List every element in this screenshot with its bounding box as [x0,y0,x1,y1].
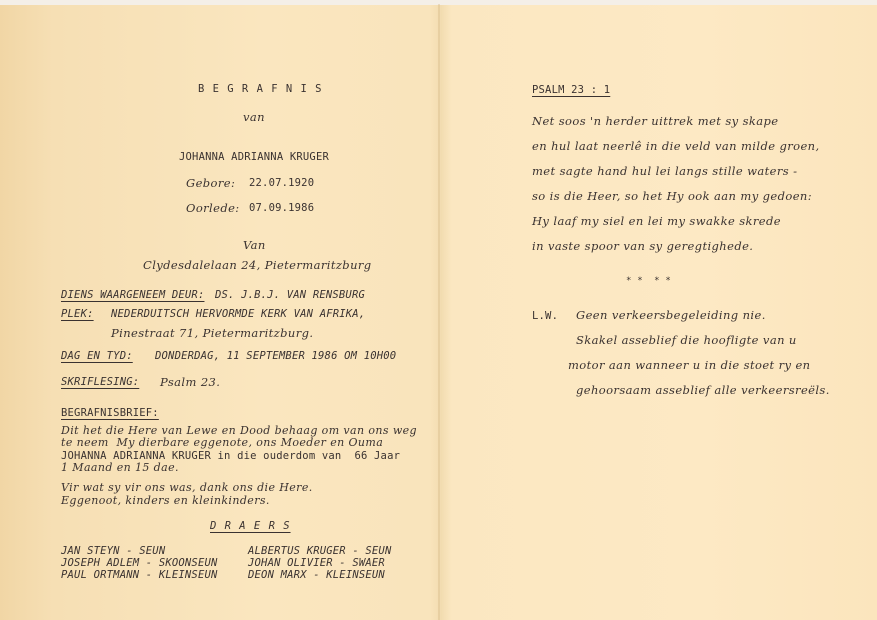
letter-line-4: 1 Maand en 15 dae. [61,462,179,474]
psalm-line-6: in vaste spoor van sy geregtighede. [532,239,753,253]
program-title: B E G R A F N I S [198,83,322,95]
bearer-left-3: PAUL ORTMANN - KLEINSEUN [61,569,218,581]
page-fold [438,4,440,620]
place-line-2: Pinestraat 71, Pietermaritzburg. [111,326,313,340]
thanks-line-1: Vir wat sy vir ons was, dank ons die Her… [61,482,313,494]
born-label: Gebore: [186,176,235,190]
address: Clydesdalelaan 24, Pietermaritzburg [143,258,372,272]
bearer-right-1: ALBERTUS KRUGER - SEUN [248,545,391,557]
reading-value: Psalm 23. [160,375,220,389]
note-label: L.W. [532,310,558,322]
bearer-right-3: DEON MARX - KLEINSEUN [248,569,385,581]
psalm-line-2: en hul laat neerlê in die veld van milde… [532,139,820,153]
service-label: DIENS WAARGENEEM DEUR: [61,289,204,301]
letter-line-2: te neem My dierbare eggenote, ons Moeder… [61,437,383,449]
psalm-line-4: so is die Heer, so het Hy ook aan my ged… [532,189,812,203]
place-label: PLEK: [61,308,94,320]
thanks-line-2: Eggenoot, kinders en kleinkinders. [61,495,270,507]
psalm-line-3: met sagte hand hul lei langs stille wate… [532,164,797,178]
from-label: Van [243,238,266,252]
letter-label: BEGRAFNISBRIEF: [61,407,159,419]
born-date: 22.07.1920 [249,177,314,189]
psalm-title: PSALM 23 : 1 [532,84,610,96]
died-date: 07.09.1986 [249,202,314,214]
van-label: van [243,110,265,124]
deceased-name: JOHANNA ADRIANNA KRUGER [179,151,329,163]
died-label: Oorlede: [186,201,240,215]
place-line-1: NEDERDUITSCH HERVORMDE KERK VAN AFRIKA, [111,308,365,320]
bearer-left-1: JAN STEYN - SEUN [61,545,165,557]
bearers-title: D R A E R S [210,520,291,532]
datetime-label: DAG EN TYD: [61,350,133,362]
service-value: DS. J.B.J. VAN RENSBURG [215,289,365,301]
bearer-right-2: JOHAN OLIVIER - SWAER [248,557,385,569]
bearer-left-2: JOSEPH ADLEM - SKOONSEUN [61,557,218,569]
separator-stars: * * * * [626,276,671,286]
psalm-line-1: Net soos 'n herder uittrek met sy skape [532,114,779,128]
note-line-3: motor aan wanneer u in die stoet ry en [568,358,810,372]
note-line-4: gehoorsaam asseblief alle verkeersreëls. [576,383,830,397]
reading-label: SKRIFLESING: [61,376,139,388]
psalm-line-5: Hy laaf my siel en lei my swakke skrede [532,214,781,228]
datetime-value: DONDERDAG, 11 SEPTEMBER 1986 OM 10H00 [155,350,396,362]
note-line-2: Skakel asseblief die hoofligte van u [576,333,797,347]
note-line-1: Geen verkeersbegeleiding nie. [576,308,766,322]
